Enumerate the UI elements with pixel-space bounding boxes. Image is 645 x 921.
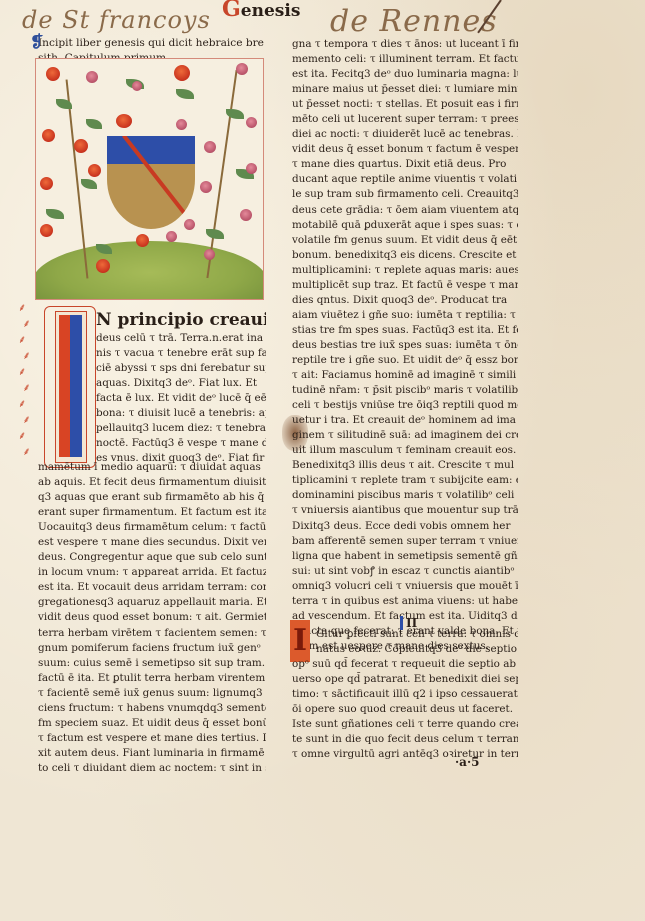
running-head-text: enesis [241,1,301,21]
text-line: diei ac nocti: τ diuiderēt lucē ac teneb… [292,127,518,142]
rose-flower [46,67,60,81]
chapter2-body: opᵒ suū qd̄ fecerat τ requeuit die septi… [292,657,518,762]
text-line: terra τ in quibus est anima viuens: ut h… [292,594,518,609]
text-line: stias tre fm spes suas. Factūq3 est ita.… [292,323,518,338]
text-line: motabilē quā ꝑduxerāt aque i spes suas: … [292,218,518,233]
text-line: uetur i tra. Et creauit deᵒ hominem ad i… [292,413,518,428]
berry-flower [132,81,142,91]
rose-flower [40,177,53,190]
text-line: nis τ vacua τ tenebre erāt sup fa [96,346,266,361]
text-line: est ita. Et vocauit deus arridam terram:… [38,580,266,595]
right-column-body: gna τ tempora τ dies τ ānos: ut luceant … [292,37,518,654]
text-line: ōi opere suo quod creauit deus ut facere… [292,702,518,717]
text-line: τ vniuersis aiantibus que mouentur sup t… [292,503,518,518]
green-mound [35,241,264,300]
rose-flower [74,139,88,153]
text-line: ducant aque reptile anime viuentis τ vol… [292,172,518,187]
berry-flower [166,231,177,242]
text-line: sui: ut sint vobꝭ in escaz τ cunctis aia… [292,564,518,579]
initial-blue-band [70,315,82,457]
rubricated-initial-I: I [290,620,310,662]
berry-flower [86,71,98,83]
text-line: ciens fructum: τ habens vnumqdq3 sementē [38,701,266,716]
text-line: q3 aquas que erant sub firmamēto ab his … [38,490,266,505]
leaf [81,179,97,189]
text-line: tiplicamini τ replete tram τ subijcite e… [292,473,518,488]
text-line: Gitur ꝑfecti sunt celi τ terra: τ omnis … [316,627,518,642]
incipit-line: Incipit liber genesis qui dicit hebraice… [38,36,266,51]
text-line: vidit deus q̄ esset bonum τ factum ē ves… [292,142,518,157]
text-line: memento celi: τ illuminent terram. Et fa… [292,52,518,67]
text-line: ab aquis. Et fecit deus firmamentum diui… [38,475,266,490]
text-line: ut p̄esset nocti: τ stellas. Et posuit e… [292,97,518,112]
text-line: τ factum est vespere et mane dies tertiu… [38,731,266,746]
penwork-flourish: ⸙ ⸙ ⸙ ⸙ ⸙ ⸙ ⸙ ⸙ ⸙ ⸙ [18,300,32,460]
text-line: bonum. benedixitq3 eis dicens. Crescite … [292,248,518,263]
text-line: volatile fm genus suum. Et vidit deus q̄… [292,233,518,248]
text-line: timo: τ sāctificauit illū q2 i ipso cess… [292,687,518,702]
text-line: terra herbam virētem τ facientem semen: … [38,626,266,641]
leaf [176,89,194,99]
text-line: natus eoꝛuz. Cōpleuitq3 deᵒ die septio [316,642,518,657]
running-head-initial: G [222,0,241,22]
signature-mark: ·a·5 [455,755,479,769]
text-line: deus. Congregentur aque que sub celo sun… [38,550,266,565]
left-column-body: mamētum ī medio aquarū: τ diuidat aquas … [38,460,266,776]
text-line: multiplicēt sup traz. Et factū ē vespe τ… [292,278,518,293]
text-line: deus celū τ trā. Terra.n.erat ina [96,331,266,346]
leaf [46,209,64,219]
opening-words: N principio creauit [96,310,266,331]
text-line: deus cete grādia: τ ōem aiam viuentem at… [292,203,518,218]
text-line: aiam viuētez i gñe suo: iumēta τ reptili… [292,308,518,323]
text-line: Uocauitq3 deus firmamētum celum: τ factū [38,520,266,535]
berry-flower [176,119,187,130]
text-line: suum: cuius semē i semetipso sit sup tra… [38,656,266,671]
text-line: aquas. Dixitq3 deᵒ. Fiat lux. Et [96,376,266,391]
text-line: Dixitq3 deus. Ecce dedi vobis omnem her [292,519,518,534]
text-line: omniq3 volucri celi τ vniuersis que mouē… [292,579,518,594]
text-line: vidit deus quod esset bonum: τ ait. Germ… [38,610,266,625]
berry-flower [236,63,248,75]
berry-flower [246,163,257,174]
left-column-opening: N principio creauit deus celū τ trā. Ter… [96,310,266,466]
text-line: gna τ tempora τ dies τ ānos: ut luceant … [292,37,518,52]
text-line: τ omne virgultū agri antēq3 oꝛiretur in … [292,747,518,762]
text-line: pellauitq3 lucem diez: τ tenebras [96,421,266,436]
rose-flower [136,234,149,247]
text-line: facta ē lux. Et vidit deᵒ lucē q̄ eēt [96,391,266,406]
text-line: uerso ope qd̄ patrarat. Et benedixit die… [292,672,518,687]
handwritten-note-right: de Rennes [330,4,498,39]
leaf [206,229,224,239]
text-line: Benedixitq3 illis deus τ ait. Crescite τ… [292,458,518,473]
berry-flower [204,249,215,260]
berry-flower [240,209,252,221]
text-line: deus bestias tre iux̄ spes suas: iumēta … [292,338,518,353]
text-line: te sunt in die quo fecit deus celum τ te… [292,732,518,747]
rose-flower [40,224,53,237]
text-line: xit autem deus. Fiant luminaria in firma… [38,746,266,761]
text-line: mēto celi ut lucerent super terram: τ pr… [292,112,518,127]
rose-flower [42,129,55,142]
paragraph-mark-icon: ❡ [30,34,43,49]
berry-flower [204,141,216,153]
text-line: est vespere τ mane dies secundus. Dixit … [38,535,266,550]
text-line: gregationesq3 aquaruz appellauit maria. … [38,595,266,610]
illuminated-border [35,58,264,300]
text-line: ciē abyssi τ sps dni ferebatur sup [96,361,266,376]
text-line: multiplicamini: τ replete aquas maris: a… [292,263,518,278]
handwritten-note-left: de St francoys [22,6,211,34]
vine-stem [206,70,237,278]
text-line: celi τ bestijs vniūse tre ōiq3 reptili q… [292,398,518,413]
text-line: erant super firmamentum. Et factum est i… [38,505,266,520]
text-line: mamētum ī medio aquarū: τ diuidat aquas [38,460,266,475]
text-line: le sup tram sub firmamento celi. Creauit… [292,187,518,202]
text-line: dominamini piscibus maris τ volatilibᵒ c… [292,488,518,503]
berry-flower [246,117,257,128]
rose-flower [116,114,132,128]
leaf [86,119,102,129]
decorated-initial-I [55,311,87,463]
text-line: bam afferentē semen super terram τ vniue… [292,534,518,549]
text-line: τ mane dies quartus. Dixit etiā deus. Pr… [292,157,518,172]
chapter2-opening: Gitur ꝑfecti sunt celi τ terra: τ omnis … [316,627,518,657]
text-line: to celi τ diuidant diem ac noctem: τ sin… [38,761,266,776]
text-line: factū ē ita. Et ꝑtulit terra herbam vire… [38,671,266,686]
text-line: opᵒ suū qd̄ fecerat τ requeuit die septi… [292,657,518,672]
text-line: tudinē nr̄am: τ p̄sit piscibᵒ maris τ vo… [292,383,518,398]
initial-red-band [59,315,70,457]
text-line: gnum pomiferum faciens fructum iux̄ genᵒ [38,641,266,656]
text-line: dies qntus. Dixit quoq3 deᵒ. Producat tr… [292,293,518,308]
text-line: in locum vnum: τ appareat arrida. Et fac… [38,565,266,580]
rose-flower [174,65,190,81]
rose-flower [96,259,110,273]
text-line: τ facientē semē iux̄ genus suum: lignumq… [38,686,266,701]
text-line: fm speciem suaz. Et uidit deus q̄ esset … [38,716,266,731]
text-line: ginem τ silitudinē suā: ad imaginem dei … [292,428,518,443]
text-line: bona: τ diuisit lucē a tenebris: ap [96,406,266,421]
text-line: est ita. Fecitq3 deᵒ duo luminaria magna… [292,67,518,82]
text-line: noctē. Factūq3 ē vespe τ mane di [96,436,266,451]
text-line: uit illum masculum τ feminam creauit eos… [292,443,518,458]
text-line: τ ait: Faciamus hominē ad imaginē τ simi… [292,368,518,383]
running-head: Genesis [222,0,300,22]
berry-flower [200,181,212,193]
rose-flower [88,164,101,177]
heraldic-shield [107,136,195,229]
text-line: minare maius ut p̄esset diei: τ lumiare … [292,82,518,97]
text-line: ligna que habent in semetipsis sementē g… [292,549,518,564]
text-line: Iste sunt gñationes celi τ terre quando … [292,717,518,732]
shield-chief-azure [107,136,195,164]
text-line: reptile tre i gñe suo. Et uidit deᵒ q̄ e… [292,353,518,368]
